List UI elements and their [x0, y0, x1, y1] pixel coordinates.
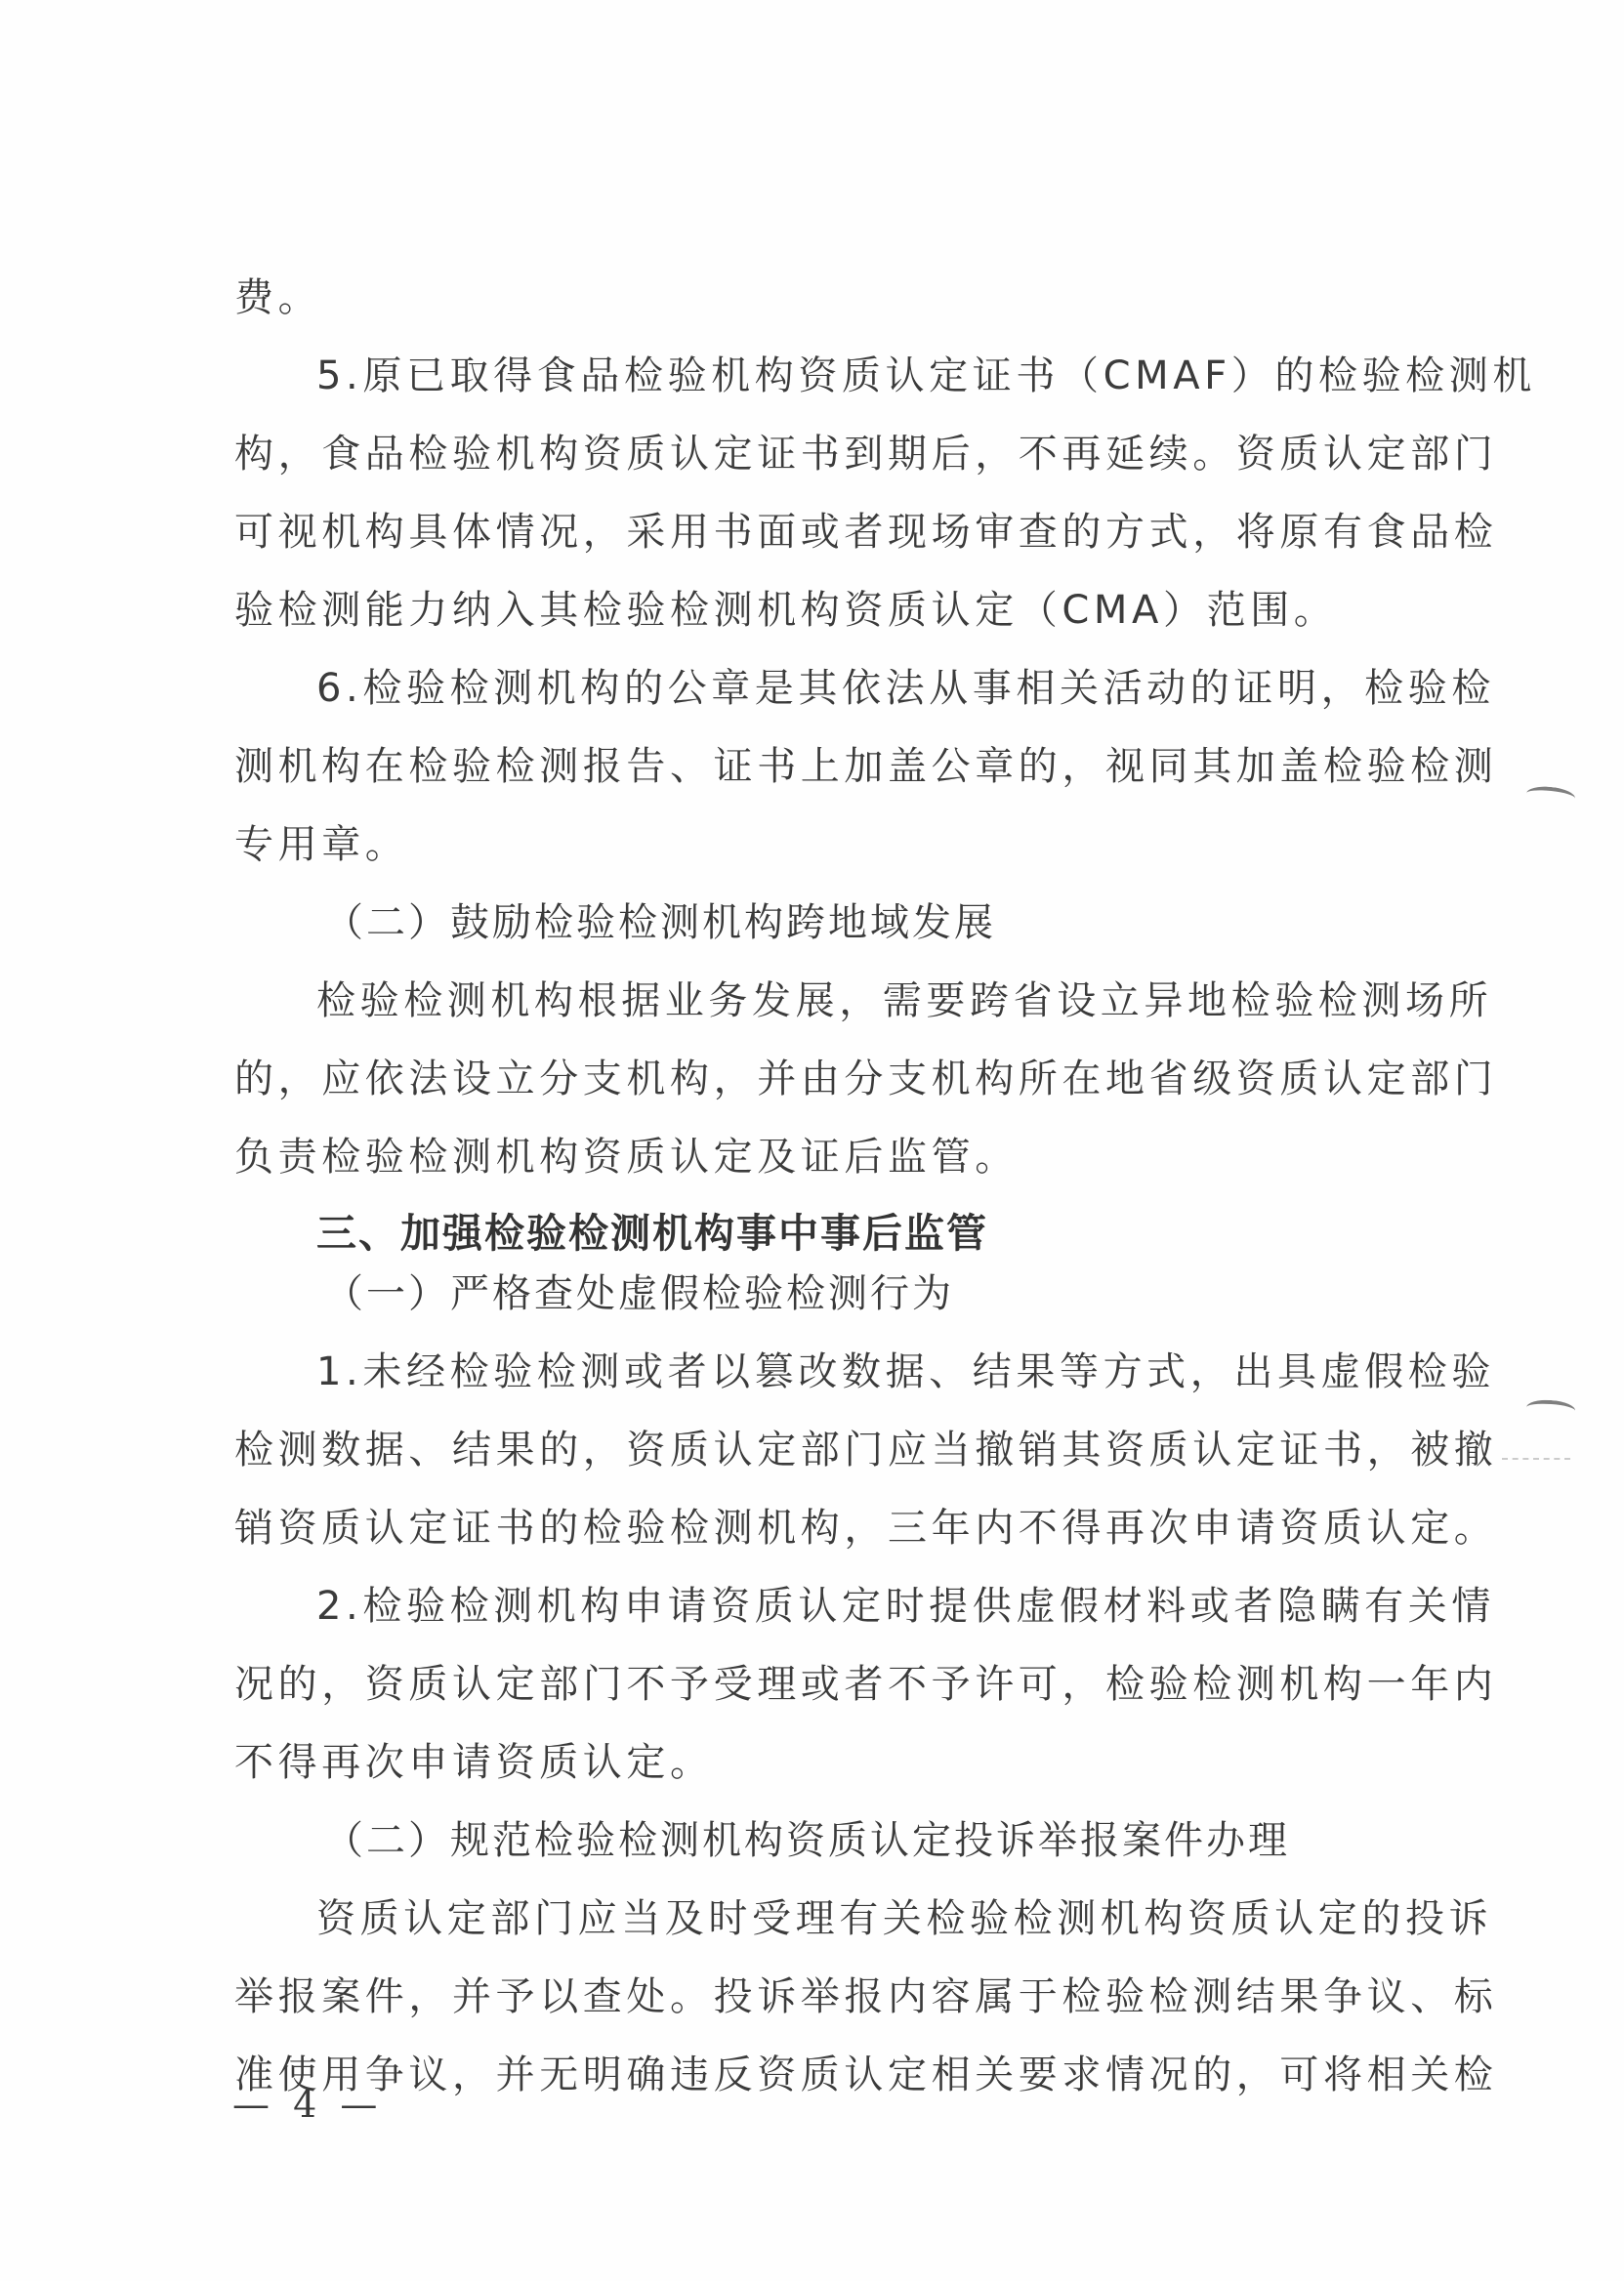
- paragraph-line: 验检测能力纳入其检验检测机构资质认定（CMA）范围。: [234, 586, 1337, 635]
- page-number: — 4 —: [232, 2080, 383, 2129]
- paragraph-line: 不得再次申请资质认定。: [234, 1738, 714, 1787]
- paragraph-line: 构，食品检验机构资质认定证书到期后，不再延续。资质认定部门: [234, 430, 1497, 478]
- scan-artifact: [1502, 1452, 1570, 1460]
- paragraph-line: 准使用争议，并无明确违反资质认定相关要求情况的，可将相关检: [234, 2051, 1497, 2099]
- paragraph-line: 销资质认定证书的检验检测机构，三年内不得再次申请资质认定。: [234, 1504, 1497, 1553]
- paragraph-line: 1.未经检验检测或者以篡改数据、结果等方式，出具虚假检验: [316, 1348, 1495, 1396]
- paragraph-line: 测机构在检验检测报告、证书上加盖公章的，视同其加盖检验检测: [234, 742, 1497, 791]
- paragraph-line: 举报案件，并予以查处。投诉举报内容属于检验检测结果争议、标: [234, 1972, 1497, 2021]
- paragraph-line: 负责检验检测机构资质认定及证后监管。: [234, 1133, 1019, 1182]
- paragraph-line: 可视机构具体情况，采用书面或者现场审查的方式，将原有食品检: [234, 508, 1497, 557]
- paragraph-line: 费。: [234, 273, 321, 322]
- paragraph-line: 资质认定部门应当及时受理有关检验检测机构资质认定的投诉: [316, 1894, 1492, 1943]
- document-page: 费。 5.原已取得食品检验机构资质认定证书（CMAF）的检验检测机 构，食品检验…: [0, 0, 1624, 2281]
- paragraph-line: 2.检验检测机构申请资质认定时提供虚假材料或者隐瞒有关情: [316, 1582, 1495, 1631]
- binding-hole-mark: [1525, 1398, 1575, 1419]
- paragraph-line: 况的，资质认定部门不予受理或者不予许可，检验检测机构一年内: [234, 1660, 1497, 1709]
- paragraph-line: 检验检测机构根据业务发展，需要跨省设立异地检验检测场所: [316, 976, 1492, 1025]
- binding-hole-mark: [1525, 784, 1576, 807]
- section-heading: 三、加强检验检测机构事中事后监管: [316, 1209, 988, 1258]
- paragraph-line: 专用章。: [234, 820, 408, 869]
- subsection-heading: （二）规范检验检测机构资质认定投诉举报案件办理: [324, 1816, 1290, 1865]
- paragraph-line: 的，应依法设立分支机构，并由分支机构所在地省级资质认定部门: [234, 1055, 1497, 1103]
- subsection-heading: （一）严格查处虚假检验检测行为: [324, 1269, 954, 1318]
- paragraph-line: 检测数据、结果的，资质认定部门应当撤销其资质认定证书，被撤: [234, 1426, 1497, 1474]
- subsection-heading: （二）鼓励检验检测机构跨地域发展: [324, 898, 996, 947]
- paragraph-line: 6.检验检测机构的公章是其依法从事相关活动的证明，检验检: [316, 664, 1495, 713]
- paragraph-line: 5.原已取得食品检验机构资质认定证书（CMAF）的检验检测机: [316, 352, 1536, 400]
